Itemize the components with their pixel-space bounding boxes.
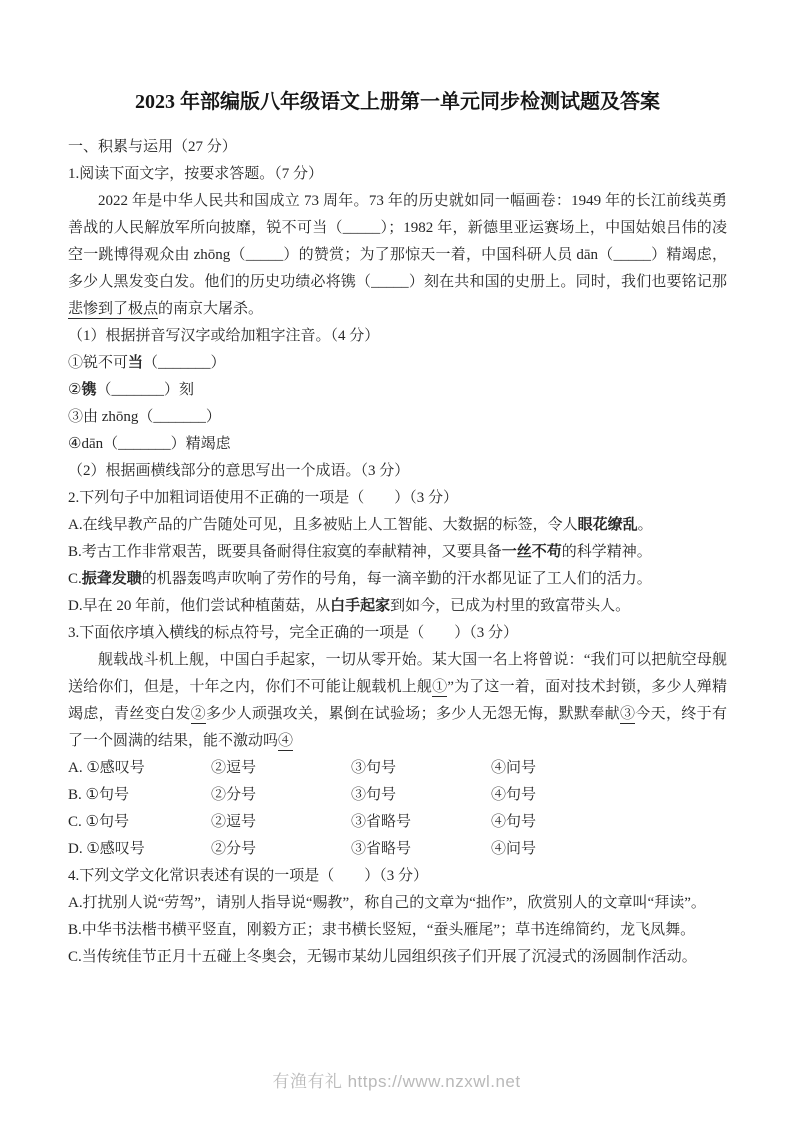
- q4-stem: 4.下列文学文化常识表述有误的一项是（ ）（3 分）: [68, 863, 727, 890]
- option-bold-word: 一丝不苟: [502, 544, 562, 560]
- q1-sub1-item-1: ①锐不可当（_______）: [68, 350, 727, 377]
- q1-passage-text: 2022 年是中华人民共和国成立 73 周年。73 年的历史就如同一幅画卷：19…: [68, 193, 727, 290]
- item-text: ③由 zhōng（_______）: [68, 409, 221, 425]
- q3-option-a-cell-4: ④问号: [491, 755, 727, 782]
- q1-passage-tail: 的南京大屠杀。: [158, 301, 263, 317]
- q3-option-c-cell-1: C. ①句号: [68, 809, 211, 836]
- circled-number-blank-4: ④: [278, 733, 293, 751]
- q3-passage: 舰载战斗机上舰，中国白手起家，一切从零开始。某大国一名上将曾说：“我们可以把航空…: [68, 647, 727, 755]
- q3-stem: 3.下面依序填入横线的标点符号，完全正确的一项是（ ）（3 分）: [68, 620, 727, 647]
- option-bold-word: 眼花缭乱: [578, 517, 638, 533]
- option-text: D.早在 20 年前，他们尝试种植菌菇，从: [68, 598, 330, 614]
- q3-option-b-cell-2: ②分号: [211, 782, 351, 809]
- q3-option-b-cell-4: ④句号: [491, 782, 727, 809]
- q1-passage-underlined-phrase: 悲惨到了极点: [68, 301, 158, 319]
- circled-number-blank-3: ③: [620, 706, 635, 724]
- item-bold-char: 镌: [81, 382, 96, 398]
- option-text: 的科学精神。: [562, 544, 652, 560]
- q1-sub1-item-4: ④dān（_______）精竭虑: [68, 431, 727, 458]
- q3-option-d-cell-3: ③省略号: [351, 836, 491, 863]
- q3-option-c-cell-3: ③省略号: [351, 809, 491, 836]
- item-text: ④dān（_______）精竭虑: [68, 436, 231, 452]
- option-bold-word: 振聋发聩: [82, 571, 142, 587]
- item-blank: （_______）刻: [96, 382, 194, 398]
- q3-option-a-cell-2: ②逗号: [211, 755, 351, 782]
- q2-stem: 2.下列句子中加粗词语使用不正确的一项是（ ）（3 分）: [68, 485, 727, 512]
- q2-option-c: C.振聋发聩的机器轰鸣声吹响了劳作的号角，每一滴辛勤的汗水都见证了工人们的活力。: [68, 566, 727, 593]
- circled-number-blank-1: ①: [432, 679, 447, 697]
- item-bold-char: 当: [128, 355, 143, 371]
- item-text: ①锐不可: [68, 355, 128, 371]
- item-blank: （_______）: [143, 355, 226, 371]
- q3-option-d-cell-2: ②分号: [211, 836, 351, 863]
- option-text: B.考古工作非常艰苦，既要具备耐得住寂寞的奉献精神，又要具备: [68, 544, 502, 560]
- q3-option-d-cell-1: D. ①感叹号: [68, 836, 211, 863]
- passage-text: 多少人顽强攻关，累倒在试验场；多少人无怨无悔，默默奉献: [206, 706, 620, 722]
- q4-option-b: B.中华书法楷书横平竖直，刚毅方正；隶书横长竖短，“蚕头雁尾”；草书连绵简约，龙…: [68, 917, 727, 944]
- q3-option-c-cell-4: ④句号: [491, 809, 727, 836]
- q1-sub1-item-3: ③由 zhōng（_______）: [68, 404, 727, 431]
- q1-passage: 2022 年是中华人民共和国成立 73 周年。73 年的历史就如同一幅画卷：19…: [68, 188, 727, 323]
- q1-sub2-stem: （2）根据画横线部分的意思写出一个成语。（3 分）: [68, 458, 727, 485]
- footer-watermark: 有渔有礼 https://www.nzxwl.net: [272, 1072, 520, 1091]
- q3-option-a-cell-3: ③句号: [351, 755, 491, 782]
- q1-stem: 1.阅读下面文字，按要求答题。（7 分）: [68, 161, 727, 188]
- option-text: 的机器轰鸣声吹响了劳作的号角，每一滴辛勤的汗水都见证了工人们的活力。: [142, 571, 652, 587]
- q3-option-grid: A. ①感叹号 ②逗号 ③句号 ④问号 B. ①句号 ②分号 ③句号 ④句号 C…: [68, 755, 727, 863]
- exam-document-page: 2023 年部编版八年级语文上册第一单元同步检测试题及答案 一、积累与运用（27…: [0, 0, 793, 1122]
- q1-sub1-item-2: ②镌（_______）刻: [68, 377, 727, 404]
- q3-option-d-cell-4: ④问号: [491, 836, 727, 863]
- q3-option-a-cell-1: A. ①感叹号: [68, 755, 211, 782]
- item-text: ②: [68, 382, 81, 398]
- option-text: C.: [68, 571, 82, 587]
- option-text: A.在线早教产品的广告随处可见，且多被贴上人工智能、大数据的标签，令人: [68, 517, 578, 533]
- q3-option-c-cell-2: ②逗号: [211, 809, 351, 836]
- option-bold-word: 白手起家: [330, 598, 390, 614]
- page-footer: 有渔有礼 https://www.nzxwl.net: [0, 1067, 793, 1092]
- q2-option-b: B.考古工作非常艰苦，既要具备耐得住寂寞的奉献精神，又要具备一丝不苟的科学精神。: [68, 539, 727, 566]
- q2-option-d: D.早在 20 年前，他们尝试种植菌菇，从白手起家到如今，已成为村里的致富带头人…: [68, 593, 727, 620]
- document-title: 2023 年部编版八年级语文上册第一单元同步检测试题及答案: [68, 88, 727, 116]
- q3-option-b-cell-1: B. ①句号: [68, 782, 211, 809]
- q4-option-c: C.当传统佳节正月十五碰上冬奥会，无锡市某幼儿园组织孩子们开展了沉浸式的汤圆制作…: [68, 944, 727, 971]
- q4-option-a: A.打扰别人说“劳驾”，请别人指导说“赐教”，称自己的文章为“拙作”，欣赏别人的…: [68, 890, 727, 917]
- option-text: 到如今，已成为村里的致富带头人。: [390, 598, 630, 614]
- q3-option-b-cell-3: ③句号: [351, 782, 491, 809]
- section-heading: 一、积累与运用（27 分）: [68, 134, 727, 161]
- q2-option-a: A.在线早教产品的广告随处可见，且多被贴上人工智能、大数据的标签，令人眼花缭乱。: [68, 512, 727, 539]
- q1-sub1-stem: （1）根据拼音写汉字或给加粗字注音。（4 分）: [68, 323, 727, 350]
- circled-number-blank-2: ②: [191, 706, 206, 724]
- option-text: 。: [638, 517, 653, 533]
